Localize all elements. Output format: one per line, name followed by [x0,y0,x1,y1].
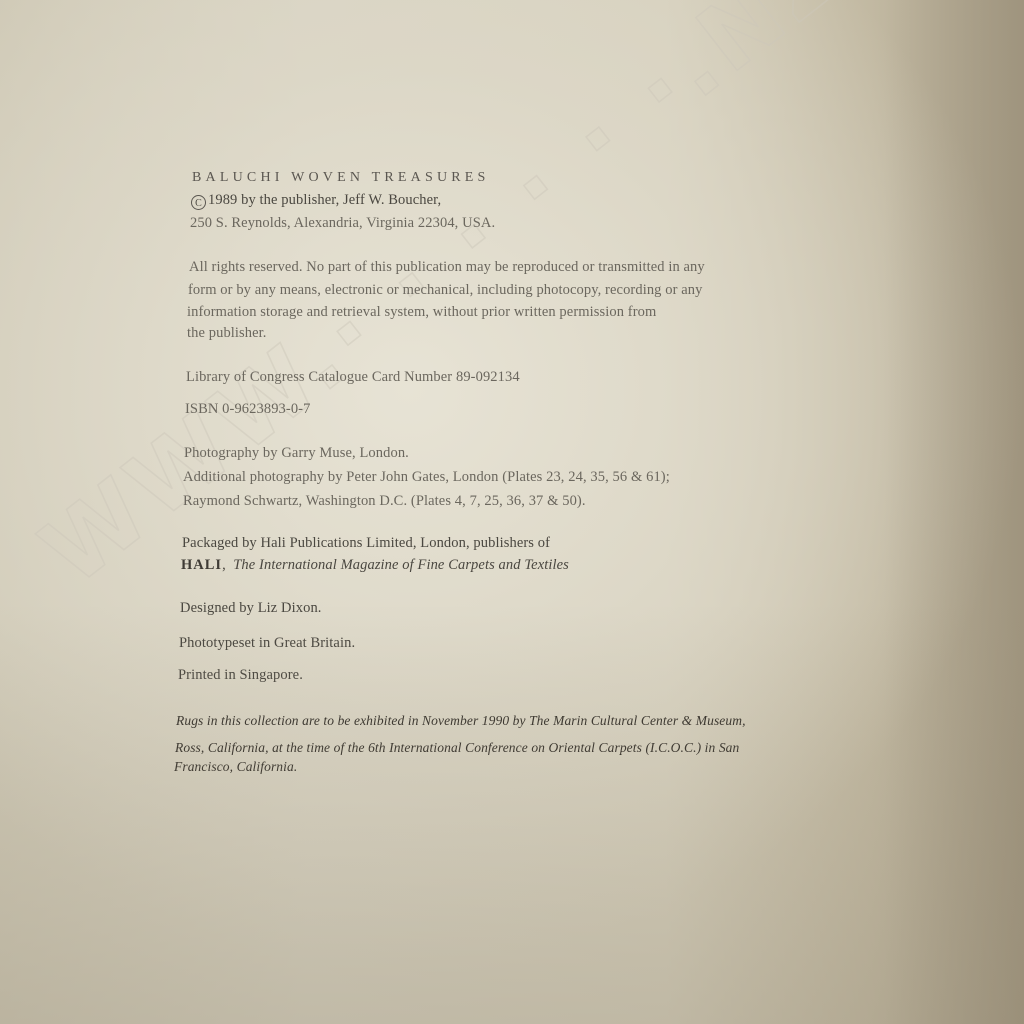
packaged-by: Packaged by Hali Publications Limited, L… [182,536,550,551]
magazine-name: HALI [181,557,222,573]
exhibition-note-line-2: Ross, California, at the time of the 6th… [175,741,739,755]
library-of-congress-number: Library of Congress Catalogue Card Numbe… [186,370,520,385]
rights-line-4: the publisher. [187,326,267,341]
printed-in: Printed in Singapore. [178,668,303,683]
book-title: BALUCHI WOVEN TREASURES [192,171,490,185]
photography-credit: Photography by Garry Muse, London. [184,446,409,461]
copyright-page: WWW.· · · · · ·.NZ BALUCHI WOVEN TREASUR… [0,0,1024,1024]
additional-photography-credit-2: Raymond Schwartz, Washington D.C. (Plate… [183,494,586,509]
magazine-separator: , [222,557,226,573]
exhibition-note-line-3: Francisco, California. [174,760,297,774]
additional-photography-credit: Additional photography by Peter John Gat… [183,470,670,485]
magazine-subtitle: The International Magazine of Fine Carpe… [233,557,569,573]
rights-line-1: All rights reserved. No part of this pub… [189,260,705,275]
copyright-icon: C [191,195,206,210]
phototypeset: Phototypeset in Great Britain. [179,636,355,651]
copyright-line-1: C1989 by the publisher, Jeff W. Boucher, [191,193,441,210]
watermark: WWW.· · · · · ·.NZ [22,0,867,606]
designed-by: Designed by Liz Dixon. [180,601,322,616]
exhibition-note-line-1: Rugs in this collection are to be exhibi… [176,714,746,728]
copyright-text: 1989 by the publisher, Jeff W. Boucher, [208,192,441,208]
publisher-address: 250 S. Reynolds, Alexandria, Virginia 22… [190,216,495,231]
magazine-line: HALI, The International Magazine of Fine… [181,558,569,573]
rights-line-2: form or by any means, electronic or mech… [188,283,702,298]
isbn: ISBN 0-9623893-0-7 [185,402,310,417]
rights-line-3: information storage and retrieval system… [187,305,656,320]
